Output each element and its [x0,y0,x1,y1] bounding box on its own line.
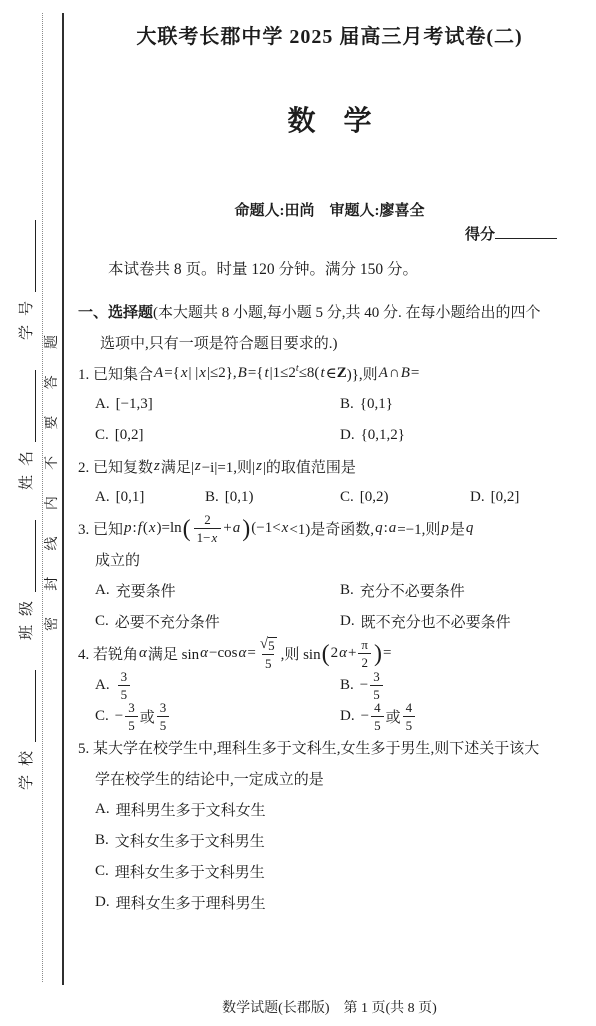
fraction: 35 [125,701,138,732]
student-field-label: 学号 [20,292,36,340]
seal-char: 要 [46,416,60,430]
fraction: 45 [403,701,416,732]
score-blank-line [495,224,557,239]
question-2-option-A: A.[0,1] [95,482,205,513]
question-1-option-B: B.{0,1} [340,389,592,420]
option-label: B. [205,489,219,506]
fraction: 45 [371,701,384,732]
option-label: C. [95,863,109,880]
student-field-blank [18,670,36,742]
question-3-option-C: C.必要不充分条件 [95,606,340,637]
fraction: π2 [358,638,371,669]
option-label: D. [340,427,355,444]
margin-border-line [62,13,64,985]
question-4: 4. 若锐角 α 满足 sin α−cos α=√55,则 sin(2α+π2)… [78,637,592,732]
question-5: 5. 某大学在校学生中,理科生多于文科生,女生多于男生,则下述关于该大学在校学生… [78,732,592,918]
option-label: A. [95,582,110,599]
student-field-label: 学校 [20,742,36,790]
student-field: 学号 [18,220,36,340]
question-3-option-B: B.充分不必要条件 [340,575,592,606]
question-5-options: A.理科男生多于文科女生B.文科女生多于文科男生C.理科女生多于文科男生D.理科… [78,794,592,918]
question-2-option-C: C.[0,2) [340,482,470,513]
student-field: 学校 [18,670,36,790]
page-footer: 数学试题(长郡版) 第 1 页(共 8 页) [63,997,596,1017]
fraction: 35 [157,701,170,732]
question-1: 1. 已知集合 A={x| |x|≤2},B={t|1≤2t≤8(t∈Z)},则… [78,358,592,451]
score-label: 得分 [465,227,495,243]
fraction: √55 [258,637,279,670]
seal-text-strip: 密封线内不要答题 [44,335,62,631]
fraction: 35 [118,670,131,701]
question-5-option-C: C.理科女生多于文科男生 [95,856,592,887]
question-5-line: 5. 某大学在校学生中,理科生多于文科生,女生多于男生,则下述关于该大 [78,732,592,763]
exam-instructions: 本试卷共 8 页。时量 120 分钟。满分 150 分。 [108,257,418,279]
seal-char: 内 [46,496,60,510]
option-label: B. [340,396,354,413]
section-header: 一、选择题(本大题共 8 小题,每小题 5 分,共 40 分. 在每小题给出的四… [78,296,592,327]
question-4-option-A: A.35 [95,670,340,701]
fraction: 21−x [194,513,222,544]
seal-char: 线 [46,536,60,550]
option-label: D. [340,708,355,725]
question-4-option-C: C.−35或35 [95,701,340,732]
exam-page: 学校班级姓名学号 密封线内不要答题 大联考长郡中学 2025 届高三月考试卷(二… [0,0,596,1026]
option-label: B. [340,582,354,599]
exam-title: 大联考长郡中学 2025 届高三月考试卷(二) [63,20,596,49]
section-header-line2: 选项中,只有一项是符合题目要求的.) [78,327,592,358]
option-label: D. [470,489,485,506]
fraction: 35 [370,670,383,701]
option-label: A. [95,801,110,818]
question-3-options: A.充要条件B.充分不必要条件C.必要不充分条件D.既不充分也不必要条件 [78,575,592,637]
question-5-option-B: B.文科女生多于文科男生 [95,825,592,856]
option-label: A. [95,489,110,506]
question-2-options: A.[0,1]B.[0,1)C.[0,2)D.[0,2] [78,482,592,513]
question-3-line: 成立的 [78,544,592,575]
score-box: 得分 [465,223,557,244]
option-label: D. [340,613,355,630]
option-label: C. [340,489,354,506]
question-5-line: 学在校学生的结论中,一定成立的是 [78,763,592,794]
question-area: 一、选择题(本大题共 8 小题,每小题 5 分,共 40 分. 在每小题给出的四… [78,296,592,918]
section-title: 一、选择题 [78,301,153,322]
question-4-option-B: B.−35 [340,670,592,701]
option-label: C. [95,613,109,630]
question-2-option-D: D.[0,2] [470,482,592,513]
question-4-line: 4. 若锐角 α 满足 sin α−cos α=√55,则 sin(2α+π2)… [78,637,592,670]
question-4-options: A.35B.−35C.−35或35D.−45或45 [78,670,592,732]
student-field-label: 姓名 [20,442,36,490]
question-3-option-D: D.既不充分也不必要条件 [340,606,592,637]
seal-char: 答 [46,375,60,389]
sqrt-radical: √5 [260,637,277,652]
student-info-fields: 学校班级姓名学号 [4,190,36,790]
student-field: 姓名 [18,370,36,490]
subject-title: 数 学 [63,99,596,139]
seal-text: 密封线内不要答题 [44,335,62,631]
question-5-option-D: D.理科女生多于理科男生 [95,887,592,918]
question-2-option-B: B.[0,1) [205,482,340,513]
question-2-line: 2. 已知复数 z 满足|z−i|=1,则|z|的取值范围是 [78,451,592,482]
questions-list: 1. 已知集合 A={x| |x|≤2},B={t|1≤2t≤8(t∈Z)},则… [78,358,592,918]
seal-dotted-line [42,13,43,982]
option-label: A. [95,396,110,413]
question-5-option-A: A.理科男生多于文科女生 [95,794,592,825]
option-label: B. [340,677,354,694]
option-label: C. [95,708,109,725]
question-2: 2. 已知复数 z 满足|z−i|=1,则|z|的取值范围是A.[0,1]B.[… [78,451,592,513]
student-field-blank [18,370,36,442]
question-3: 3. 已知 p:f(x)=ln(21−x+a)(−1<x<1)是奇函数,q:a=… [78,513,592,637]
seal-char: 题 [46,335,60,349]
student-field: 班级 [18,520,36,640]
seal-char: 封 [46,577,60,591]
setters-line: 命题人:田尚 审题人:廖喜全 [63,199,596,220]
question-4-option-D: D.−45或45 [340,701,592,732]
option-label: D. [95,894,110,911]
question-1-option-A: A.[−1,3] [95,389,340,420]
question-1-option-D: D.{0,1,2} [340,420,592,451]
question-1-option-C: C.[0,2] [95,420,340,451]
option-label: A. [95,677,110,694]
section-rubric: (本大题共 8 小题,每小题 5 分,共 40 分. 在每小题给出的四个 [153,301,541,322]
question-1-line: 1. 已知集合 A={x| |x|≤2},B={t|1≤2t≤8(t∈Z)},则… [78,358,592,389]
question-3-line: 3. 已知 p:f(x)=ln(21−x+a)(−1<x<1)是奇函数,q:a=… [78,513,592,544]
option-label: B. [95,832,109,849]
seal-char: 不 [46,456,60,470]
seal-char: 密 [46,617,60,631]
student-field-label: 班级 [20,592,36,640]
student-info-strip: 学校班级姓名学号 [4,190,36,790]
student-field-blank [18,220,36,292]
option-label: C. [95,427,109,444]
question-3-option-A: A.充要条件 [95,575,340,606]
question-1-options: A.[−1,3]B.{0,1}C.[0,2]D.{0,1,2} [78,389,592,451]
student-field-blank [18,520,36,592]
